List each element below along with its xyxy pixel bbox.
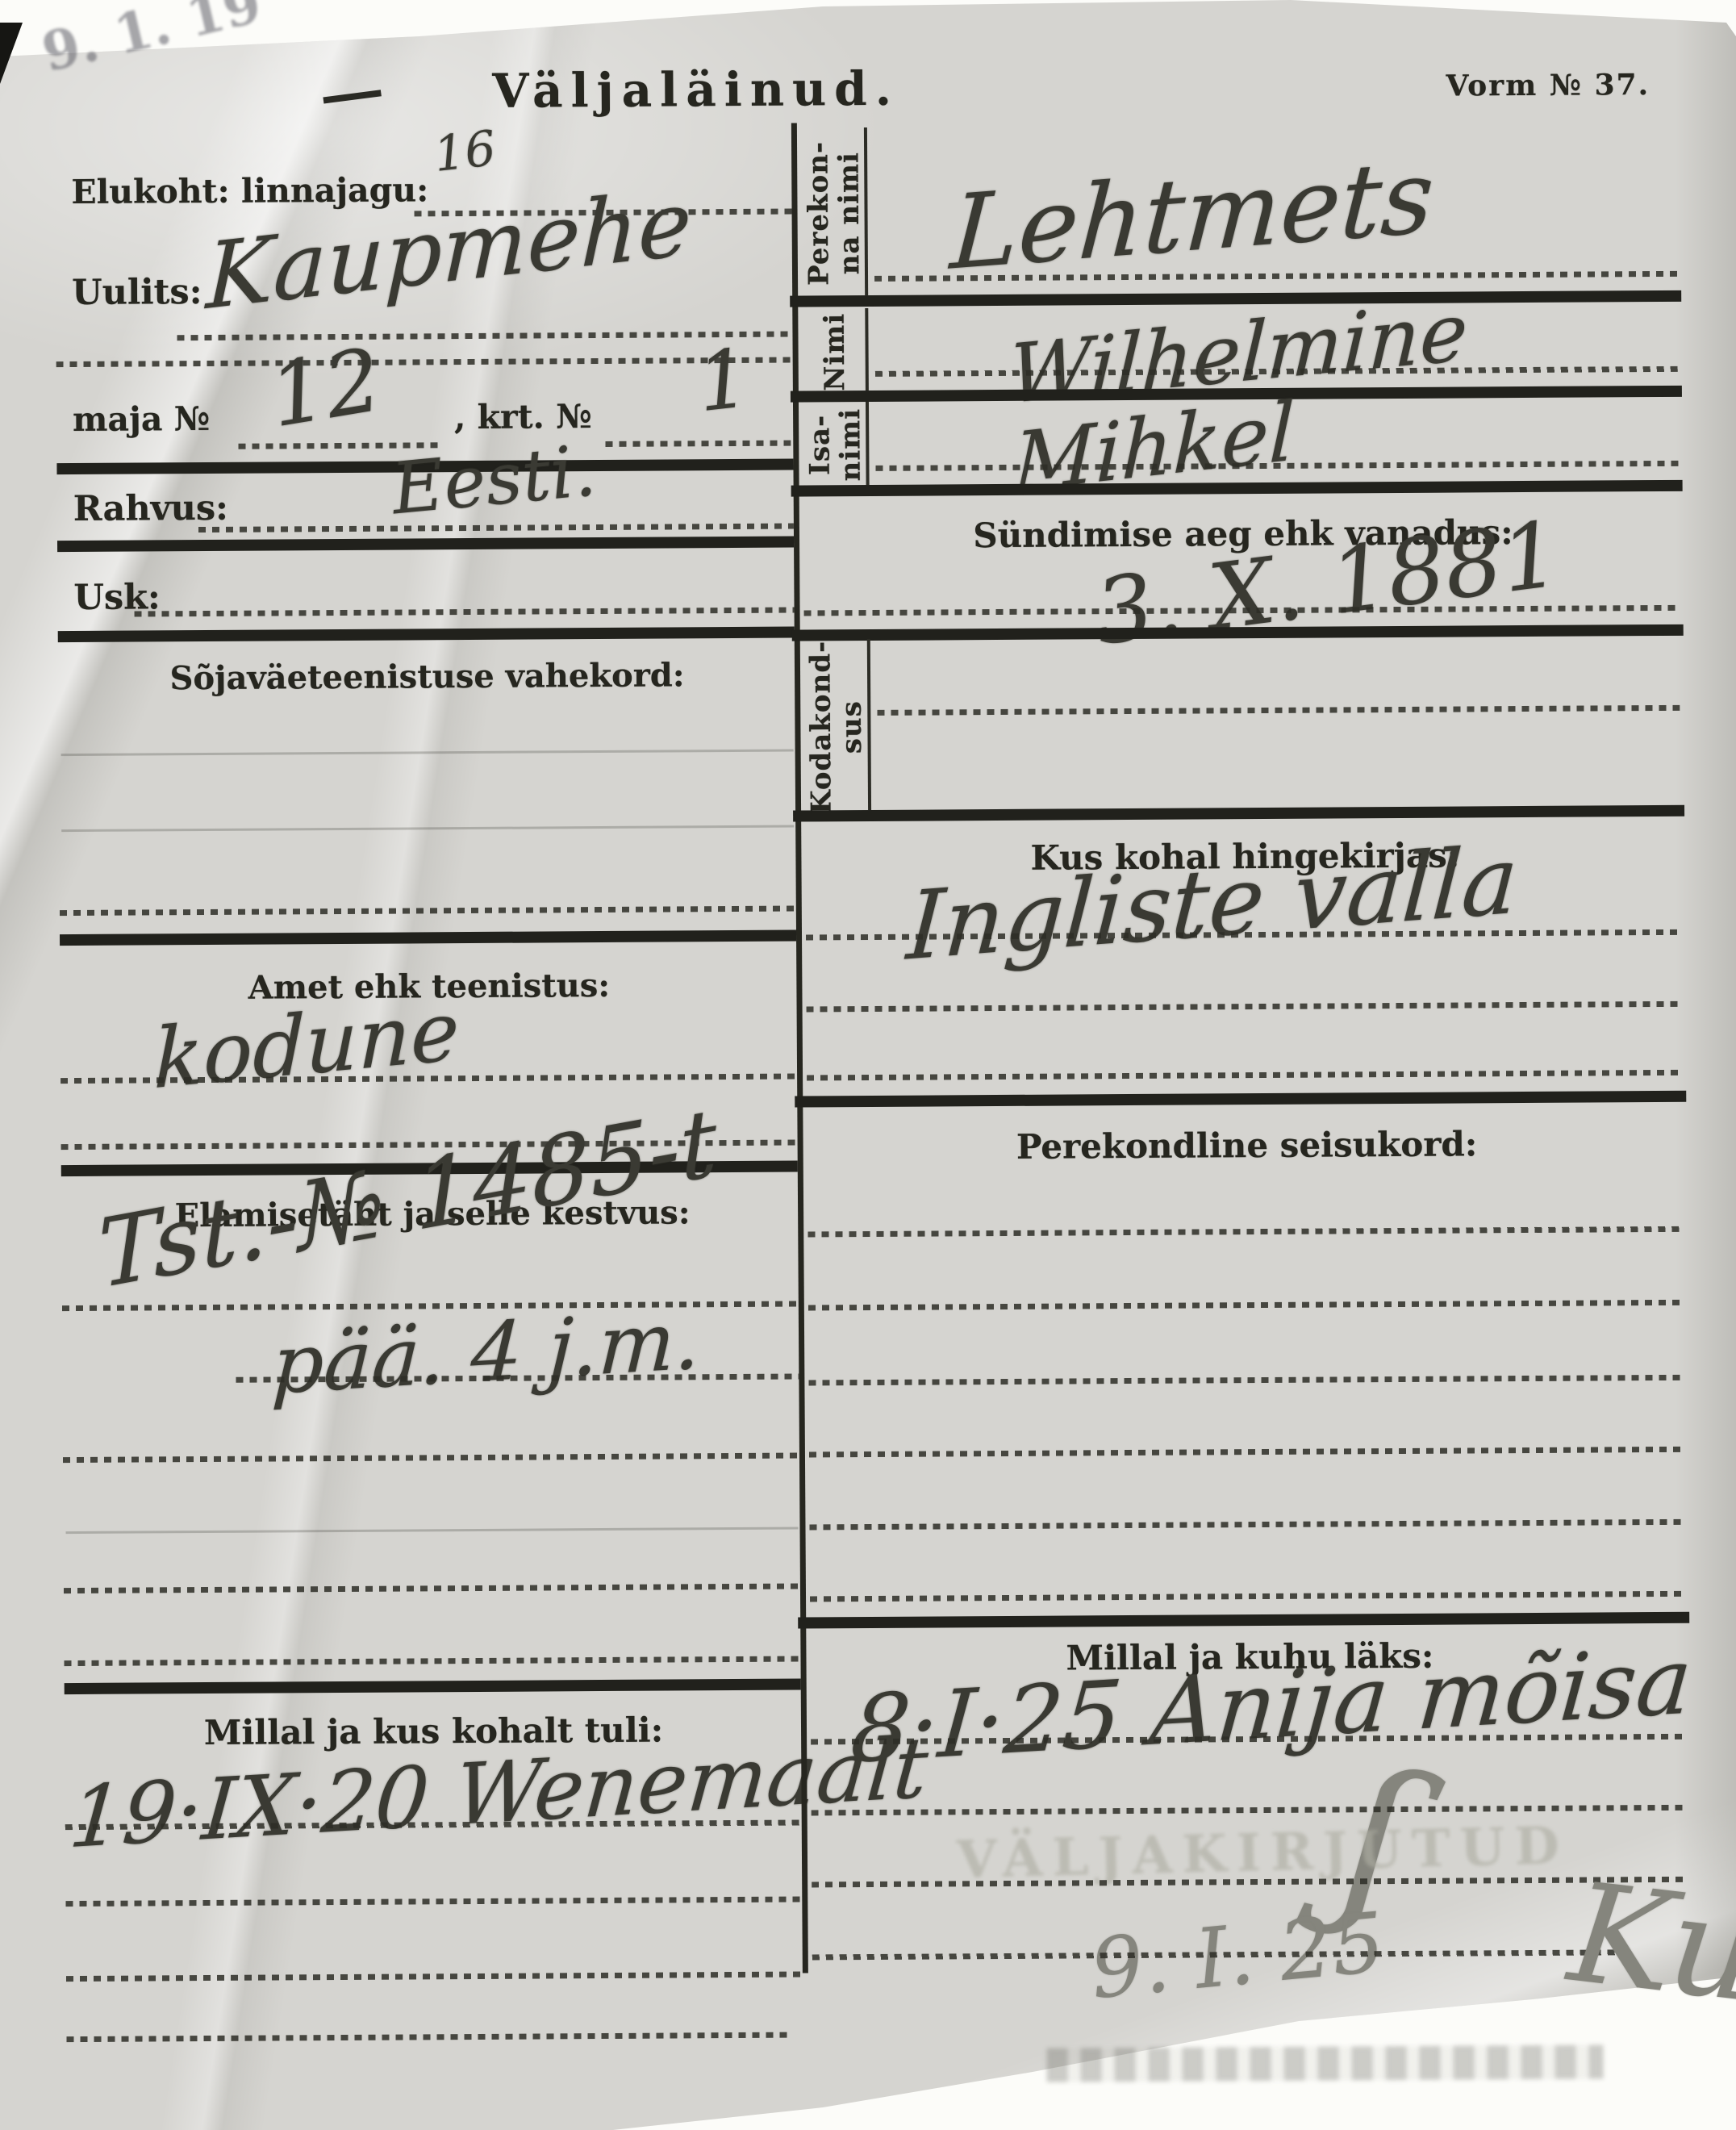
sojavaeteenistus-label: Sõjaväeteenistuse vahekord: <box>58 656 796 699</box>
dotted-line <box>812 1805 1687 1816</box>
dotted-line <box>66 2032 791 2042</box>
dotted-line <box>198 524 794 533</box>
dotted-line <box>64 1656 800 1667</box>
isanimi-label: Isa- nimi <box>799 405 872 485</box>
dotted-line <box>809 1447 1684 1458</box>
dotted-line <box>807 1226 1683 1238</box>
dotted-line <box>807 1070 1682 1081</box>
elukoht-value: 16 <box>431 120 499 183</box>
divider-bar <box>57 537 794 553</box>
perekonnanimi-value: Lehtmets <box>948 136 1438 293</box>
field-divider <box>865 308 869 390</box>
dotted-line <box>808 1375 1684 1386</box>
dotted-line <box>60 906 796 917</box>
divider-bar <box>795 1091 1686 1108</box>
divider-bar <box>791 480 1683 497</box>
dotted-line <box>808 1300 1684 1311</box>
faint-line <box>61 750 794 757</box>
elamistaht-value-line1: Tst.-№ 1485-t <box>97 1088 720 1310</box>
divider-bar <box>65 1679 801 1695</box>
dotted-line <box>810 1591 1685 1602</box>
dotted-line <box>65 1897 802 1907</box>
faint-line <box>61 825 794 833</box>
field-divider <box>866 402 870 486</box>
divider-bar <box>58 627 795 643</box>
dotted-line <box>135 608 795 617</box>
dotted-line <box>605 441 791 447</box>
date-stamp: 9. 1. 19 <box>36 0 267 84</box>
kodakondsus-label-text: Kodakond- sus <box>806 640 868 814</box>
rahvus-label: Rahvus: <box>73 488 228 529</box>
dotted-line <box>877 705 1680 716</box>
perekonnanimi-label: Perekon- na nimi <box>797 136 870 291</box>
divider-bar <box>60 930 796 946</box>
maja-label: maja № <box>73 399 210 439</box>
isanimi-label-text: Isa- nimi <box>804 408 866 482</box>
rahvus-value: Eesti. <box>388 428 599 530</box>
faint-line <box>66 1527 799 1535</box>
kodakondsus-label: Kodakond- sus <box>796 644 878 811</box>
nimi-label: Nimi <box>798 313 871 391</box>
dotted-line <box>809 1519 1684 1531</box>
divider-bar <box>798 1612 1689 1629</box>
maja-value: 12 <box>263 330 389 448</box>
form-number: Vorm № 37. <box>1446 68 1650 103</box>
dotted-line <box>807 1001 1682 1013</box>
form-content: 9. 1. 19 Väljaläinud. Vorm № 37. Elukoht… <box>0 0 1736 2130</box>
divider-bar <box>793 805 1684 822</box>
perekonnanimi-label-text: Perekon- na nimi <box>803 141 865 286</box>
form-title: Väljaläinud. <box>340 61 1050 119</box>
dotted-line <box>56 357 793 368</box>
divider-bar <box>790 290 1681 307</box>
krt-value: 1 <box>693 331 754 430</box>
dotted-line <box>64 1584 800 1594</box>
nimi-label-text: Nimi <box>819 313 850 391</box>
dotted-line <box>66 1972 803 1982</box>
elamistaht-value-line2: pää. 4 j.m. <box>270 1293 703 1413</box>
pencil-initials: Kut <box>1562 1853 1736 2040</box>
dotted-line <box>63 1453 799 1464</box>
perekondline-label: Perekondline seisukord: <box>807 1123 1686 1168</box>
uulits-label: Uulits: <box>72 272 202 313</box>
ghost-stamp-row <box>1046 2044 1603 2082</box>
